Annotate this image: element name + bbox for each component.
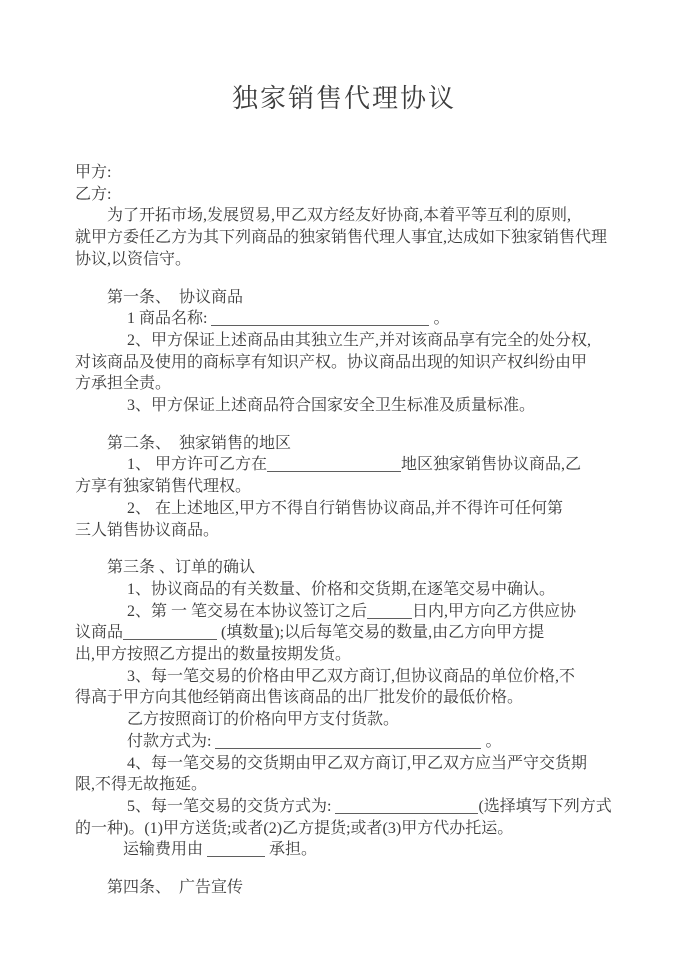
fill-in-blank xyxy=(207,841,265,857)
text-run: 4、每一笔交易的交货期由甲乙双方商订,甲乙双方应当严守交货期 xyxy=(75,755,587,772)
text-run: 方承担全责。 xyxy=(75,375,171,392)
section-intro: 甲方:乙方: 为了开拓市场,发展贸易,甲乙双方经友好协商,本着平等互利的原则,就… xyxy=(75,162,655,271)
text-run: 2、第 一 笔交易在本协议签订之后 xyxy=(75,603,367,620)
text-line: 乙方按照商订的价格向甲方支付货款。 xyxy=(75,709,655,731)
text-line: 2、甲方保证上述商品由其独立生产,并对该商品享有完全的处分权, xyxy=(75,330,655,352)
text-run: 1、协议商品的有关数量、价格和交货期,在逐笔交易中确认。 xyxy=(75,581,555,598)
text-run: 日内,甲方向乙方供应协 xyxy=(412,603,576,620)
text-run: 第三条 、订单的确认 xyxy=(75,559,255,576)
document-title: 独家销售代理协议 xyxy=(0,0,688,115)
text-run: 议商品 xyxy=(75,624,123,641)
text-line: 方承担全责。 xyxy=(75,373,655,395)
text-line: 运输费用由 承担。 xyxy=(75,839,655,861)
text-run: 限,不得无故拖延。 xyxy=(75,776,207,793)
section-article-2-territory: 第二条、 独家销售的地区 1、 甲方许可乙方在地区独家销售协议商品,乙方享有独家… xyxy=(75,433,655,542)
text-line: 议商品 (填数量);以后每笔交易的数量,由乙方向甲方提 xyxy=(75,622,655,644)
fill-in-blank xyxy=(267,456,401,472)
text-run: 对该商品及使用的商标享有知识产权。协议商品出现的知识产权纠纷由甲 xyxy=(75,354,587,371)
text-run: 甲方: xyxy=(75,164,111,181)
text-run: 第四条、 广告宣传 xyxy=(75,879,243,896)
text-line: 为了开拓市场,发展贸易,甲乙双方经友好协商,本着平等互利的原则, xyxy=(75,205,655,227)
text-line: 1 商品名称: 。 xyxy=(75,308,655,330)
section-article-1-goods: 第一条、 协议商品 1 商品名称: 。 2、甲方保证上述商品由其独立生产,并对该… xyxy=(75,287,655,417)
text-run: 为了开拓市场,发展贸易,甲乙双方经友好协商,本着平等互利的原则, xyxy=(75,207,571,224)
text-run: (选择填写下列方式 xyxy=(478,798,611,815)
text-line: 三人销售协议商品。 xyxy=(75,520,655,542)
fill-in-blank xyxy=(123,624,217,640)
text-line: 得高于甲方向其他经销商出售该商品的出厂批发价的最低价格。 xyxy=(75,687,655,709)
text-run: 得高于甲方向其他经销商出售该商品的出厂批发价的最低价格。 xyxy=(75,689,523,706)
text-run: 。 xyxy=(429,310,449,327)
document-body: 甲方:乙方: 为了开拓市场,发展贸易,甲乙双方经友好协商,本着平等互利的原则,就… xyxy=(75,162,655,899)
text-run: 2、 在上述地区,甲方不得自行销售协议商品,并不得许可任何第 xyxy=(75,500,563,517)
text-run: 出,甲方按照乙方提出的数量按期发货。 xyxy=(75,646,351,663)
document-page: 独家销售代理协议 甲方:乙方: 为了开拓市场,发展贸易,甲乙双方经友好协商,本着… xyxy=(0,0,688,972)
text-line: 第二条、 独家销售的地区 xyxy=(75,433,655,455)
text-run: 承担。 xyxy=(265,841,317,858)
text-run: 就甲方委任乙方为其下列商品的独家销售代理人事宜,达成如下独家销售代理 xyxy=(75,229,607,246)
text-line: 1、 甲方许可乙方在地区独家销售协议商品,乙 xyxy=(75,454,655,476)
text-run: 乙方: xyxy=(75,186,111,203)
text-line: 方享有独家销售代理权。 xyxy=(75,476,655,498)
text-line: 对该商品及使用的商标享有知识产权。协议商品出现的知识产权纠纷由甲 xyxy=(75,352,655,374)
text-line: 乙方: xyxy=(75,184,655,206)
text-line: 3、甲方保证上述商品符合国家安全卫生标准及质量标准。 xyxy=(75,395,655,417)
text-line: 2、 在上述地区,甲方不得自行销售协议商品,并不得许可任何第 xyxy=(75,498,655,520)
text-run: 三人销售协议商品。 xyxy=(75,522,219,539)
text-line: 5、每一笔交易的交货方式为: (选择填写下列方式 xyxy=(75,796,655,818)
text-run: 3、甲方保证上述商品符合国家安全卫生标准及质量标准。 xyxy=(75,397,535,414)
text-run: 1 商品名称: xyxy=(75,310,211,327)
text-line: 出,甲方按照乙方提出的数量按期发货。 xyxy=(75,644,655,666)
text-line: 第三条 、订单的确认 xyxy=(75,557,655,579)
text-run: 地区独家销售协议商品,乙 xyxy=(401,456,581,473)
text-line: 1、协议商品的有关数量、价格和交货期,在逐笔交易中确认。 xyxy=(75,579,655,601)
text-run: 的一种)。(1)甲方送货;或者(2)乙方提货;或者(3)甲方代办托运。 xyxy=(75,820,513,837)
text-line: 2、第 一 笔交易在本协议签订之后日内,甲方向乙方供应协 xyxy=(75,601,655,623)
fill-in-blank xyxy=(335,798,478,814)
text-run: 运输费用由 xyxy=(75,841,207,858)
text-line: 第四条、 广告宣传 xyxy=(75,877,655,899)
text-line: 甲方: xyxy=(75,162,655,184)
text-run: 付款方式为: xyxy=(75,733,215,750)
section-article-3-orders: 第三条 、订单的确认 1、协议商品的有关数量、价格和交货期,在逐笔交易中确认。 … xyxy=(75,557,655,861)
text-run: 3、每一笔交易的价格由甲乙双方商订,但协议商品的单位价格,不 xyxy=(75,668,575,685)
text-line: 3、每一笔交易的价格由甲乙双方商订,但协议商品的单位价格,不 xyxy=(75,666,655,688)
text-line: 协议,以资信守。 xyxy=(75,249,655,271)
fill-in-blank xyxy=(367,603,412,619)
text-run: 。 xyxy=(481,733,501,750)
text-run: 协议,以资信守。 xyxy=(75,251,191,268)
text-run: 2、甲方保证上述商品由其独立生产,并对该商品享有完全的处分权, xyxy=(75,332,591,349)
text-line: 第一条、 协议商品 xyxy=(75,287,655,309)
text-line: 4、每一笔交易的交货期由甲乙双方商订,甲乙双方应当严守交货期 xyxy=(75,753,655,775)
text-run: 第一条、 协议商品 xyxy=(75,289,243,306)
fill-in-blank xyxy=(211,310,429,326)
text-run: 第二条、 独家销售的地区 xyxy=(75,435,291,452)
text-run: (填数量);以后每笔交易的数量,由乙方向甲方提 xyxy=(217,624,544,641)
fill-in-blank xyxy=(215,733,481,749)
text-line: 限,不得无故拖延。 xyxy=(75,774,655,796)
text-line: 的一种)。(1)甲方送货;或者(2)乙方提货;或者(3)甲方代办托运。 xyxy=(75,818,655,840)
text-run: 1、 甲方许可乙方在 xyxy=(75,456,267,473)
text-line: 就甲方委任乙方为其下列商品的独家销售代理人事宜,达成如下独家销售代理 xyxy=(75,227,655,249)
text-run: 乙方按照商订的价格向甲方支付货款。 xyxy=(75,711,399,728)
text-run: 方享有独家销售代理权。 xyxy=(75,478,251,495)
text-run: 5、每一笔交易的交货方式为: xyxy=(75,798,335,815)
section-article-4-advertising: 第四条、 广告宣传 xyxy=(75,877,655,899)
text-line: 付款方式为: 。 xyxy=(75,731,655,753)
